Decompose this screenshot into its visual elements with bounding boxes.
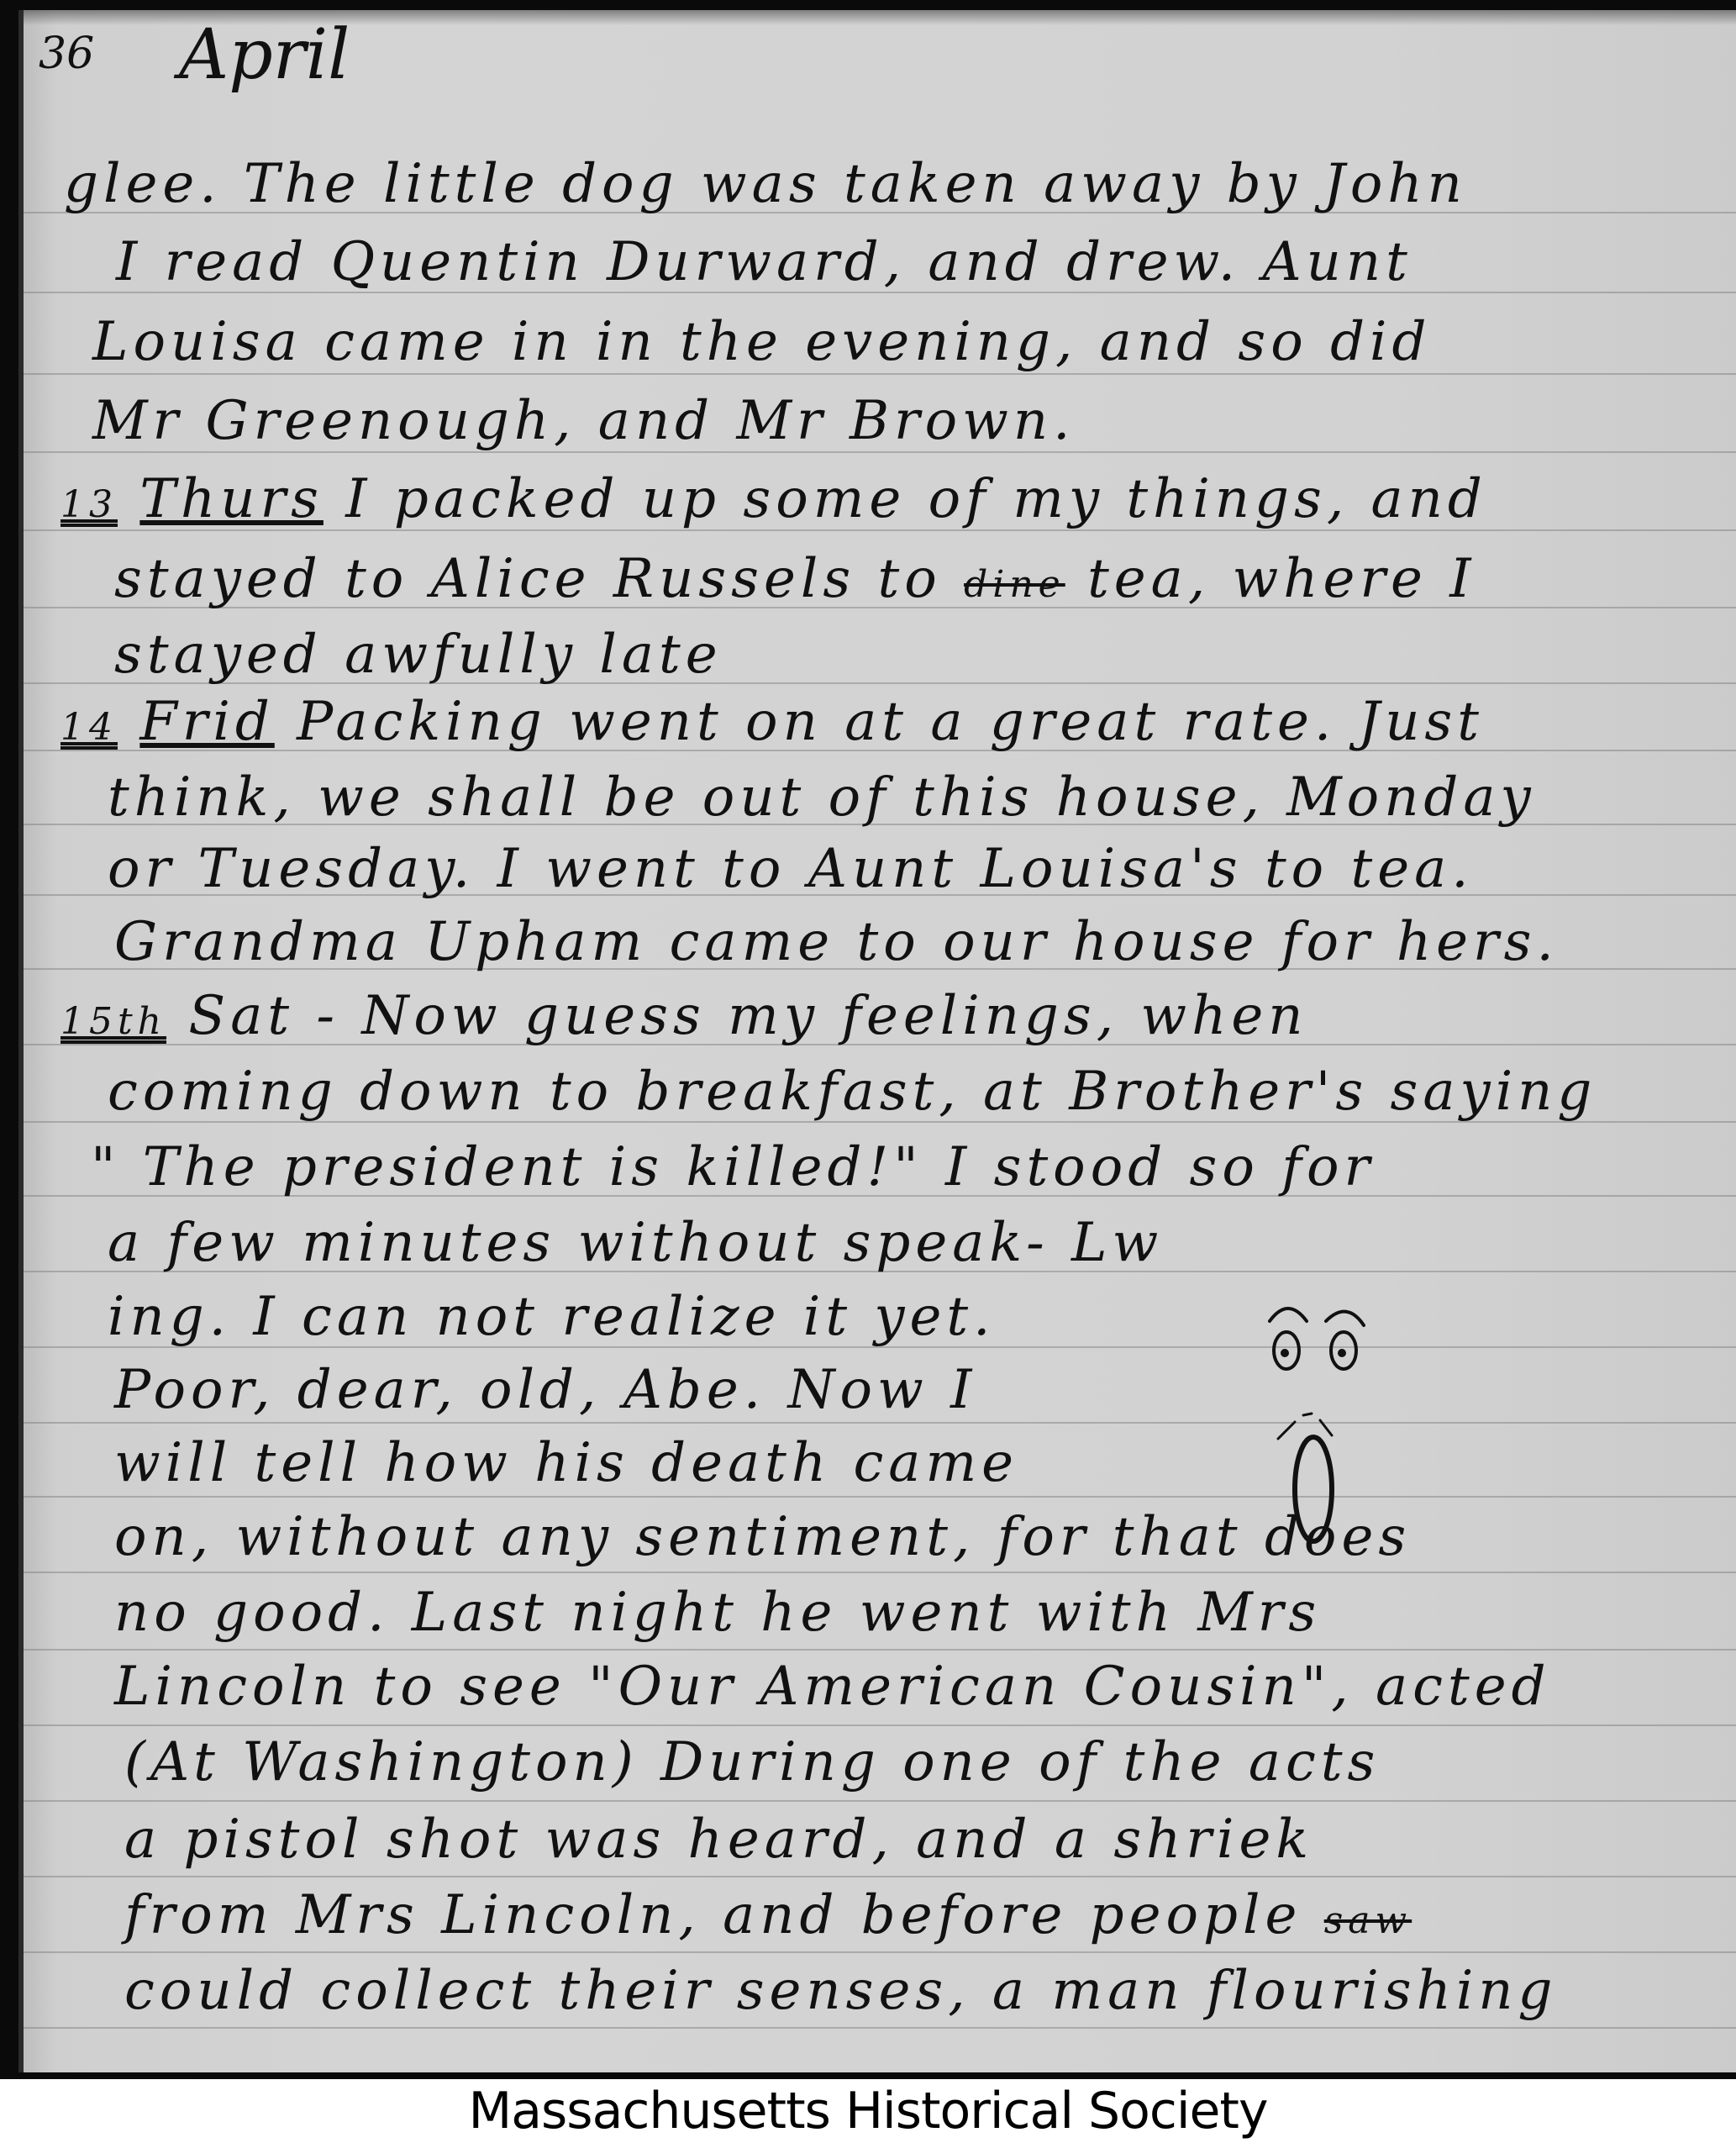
entry-date: 15th [60,1000,166,1043]
diary-line: from Mrs Lincoln, and before people saw [124,1884,1412,1946]
ruled-line [24,1422,1736,1424]
diary-line: a pistol shot was heard, and a shriek [124,1809,1313,1871]
diary-line: Lincoln to see "Our American Cousin", ac… [114,1656,1551,1718]
line-text: Louisa came in in the evening, and so di… [92,311,1431,373]
ruled-line [24,1800,1736,1802]
diary-line: (At Washington) During one of the acts [124,1731,1380,1793]
diary-line: Louisa came in in the evening, and so di… [92,311,1431,373]
diary-line: think, we shall be out of this house, Mo… [108,766,1536,829]
diary-line: no good. Last night he went with Mrs [114,1582,1321,1644]
diary-line: I read Quentin Durward, and drew. Aunt [116,231,1412,293]
line-text: a pistol shot was heard, and a shriek [124,1809,1313,1871]
diary-line: coming down to breakfast, at Brother's s… [108,1061,1597,1123]
entry-day: Sat [188,985,294,1047]
ruled-line [24,2027,1736,2029]
ruled-line [24,1951,1736,1953]
left-eyebrow-icon [1270,1308,1307,1321]
open-mouth-icon [1295,1437,1332,1541]
struck-word: saw [1324,1899,1412,1942]
page-number: 36 [39,29,94,79]
diary-entry-13: 13 Thurs I packed up some of my things, … [60,468,1487,530]
ruled-line [24,1724,1736,1726]
line-text: from Mrs Lincoln, and before people [124,1884,1302,1946]
diary-line: on, without any sentiment, for that does [114,1506,1411,1568]
line-text: on, without any sentiment, for that does [114,1506,1411,1568]
diary-line: glee. The little dog was taken away by J… [64,153,1467,215]
diary-line: Grandma Upham came to our house for hers… [114,911,1559,973]
line-text: ing. I can not realize it yet. [108,1286,995,1348]
ruled-line [24,373,1736,375]
diary-entry-15: 15th Sat - Now guess my feelings, when [60,985,1308,1047]
diary-line: " The president is killed!" I stood so f… [91,1136,1375,1198]
diary-line: will tell how his death came [114,1432,1018,1494]
nose-icon [1278,1414,1332,1439]
line-text: or Tuesday. I went to Aunt Louisa's to t… [108,838,1474,900]
line-text: I packed up some of my things, and [345,468,1487,530]
ruled-line [24,1876,1736,1877]
line-text: I read Quentin Durward, and drew. Aunt [116,231,1412,293]
line-text: will tell how his death came [114,1432,1018,1494]
diary-entry-14: 14 Frid Packing went on at a great rate.… [60,691,1484,753]
line-text: (At Washington) During one of the acts [124,1731,1380,1793]
line-text: - Now guess my feelings, when [316,985,1307,1047]
diary-line: or Tuesday. I went to Aunt Louisa's to t… [108,838,1474,900]
diary-line: ing. I can not realize it yet. [108,1286,995,1348]
source-caption: Massachusetts Historical Society [0,2079,1736,2143]
scan-background: 36 April glee. The little dog was taken … [0,0,1736,2079]
ruled-line [24,1496,1736,1498]
shocked-face-sketch [1263,1287,1448,1556]
diary-line: stayed awfully late [114,624,723,686]
line-text: Poor, dear, old, Abe. Now I [114,1359,976,1421]
line-text: coming down to breakfast, at Brother's s… [108,1061,1597,1123]
line-text: Mr Greenough, and Mr Brown. [92,390,1075,452]
diary-line: stayed to Alice Russels to dine tea, whe… [114,548,1476,610]
line-text: glee. The little dog was taken away by J… [64,153,1467,215]
diary-page: 36 April glee. The little dog was taken … [18,10,1736,2072]
diary-line: could collect their senses, a man flouri… [124,1960,1557,2022]
ruled-line [24,1572,1736,1573]
diary-line: a few minutes without speak- Lw [108,1212,1163,1274]
line-text: stayed to Alice Russels to [114,548,942,610]
line-text: could collect their senses, a man flouri… [124,1960,1557,2022]
line-text: Packing went on at a great rate. Just [297,691,1484,753]
entry-day: Thurs [139,468,324,530]
month-heading: April [179,15,350,95]
line-text: stayed awfully late [114,624,723,686]
line-text: Grandma Upham came to our house for hers… [114,911,1559,973]
diary-line: Poor, dear, old, Abe. Now I [114,1359,976,1421]
line-text: a few minutes without speak- Lw [108,1212,1163,1274]
right-eyebrow-icon [1326,1312,1364,1325]
diary-line: Mr Greenough, and Mr Brown. [92,390,1075,452]
line-text: no good. Last night he went with Mrs [114,1582,1321,1644]
ruled-line [24,1649,1736,1651]
line-text: tea, where I [1087,548,1476,610]
entry-date: 14 [60,706,118,749]
entry-date: 13 [60,483,118,526]
line-text: Lincoln to see "Our American Cousin", ac… [114,1656,1551,1718]
line-text: think, we shall be out of this house, Mo… [108,766,1536,829]
line-text: " The president is killed!" I stood so f… [91,1136,1375,1198]
struck-word: dine [964,563,1065,606]
entry-day: Frid [139,691,274,753]
